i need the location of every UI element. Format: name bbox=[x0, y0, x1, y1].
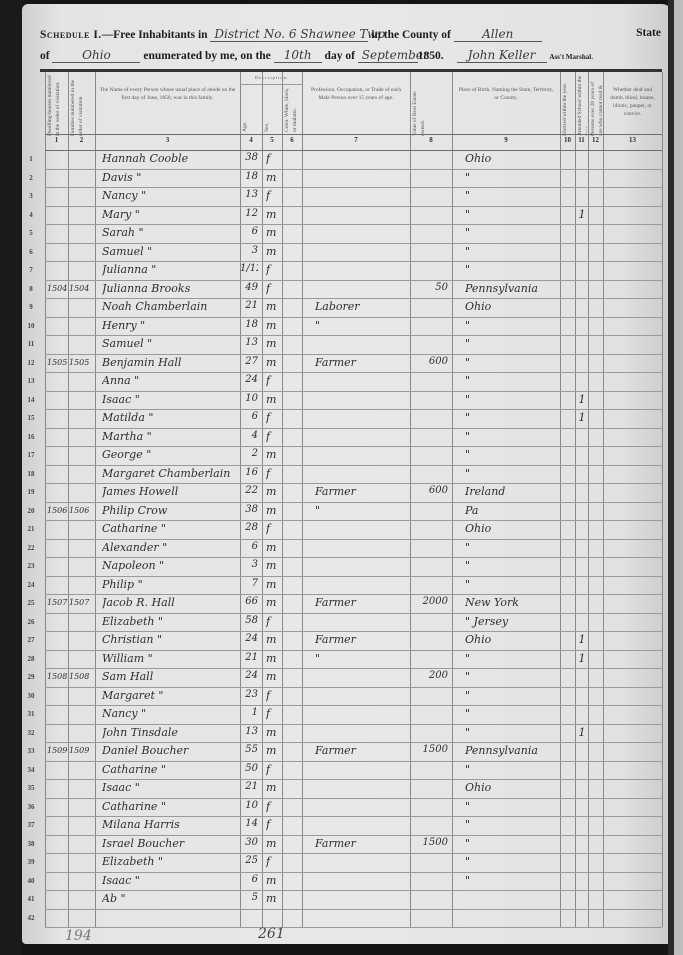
age-value: 2 bbox=[240, 448, 258, 459]
row-number: 23 bbox=[22, 562, 40, 570]
county-label: in the County of bbox=[371, 29, 451, 41]
table-row: 2915081508Sam Hall24m200" bbox=[40, 668, 662, 687]
family-number: 1509 bbox=[69, 746, 95, 755]
age-value: 21 bbox=[240, 300, 258, 311]
column-header-1: Dwelling-houses numbered in the order of… bbox=[46, 74, 67, 136]
table-row: 2015061506Philip Crow38m"Pa bbox=[40, 502, 662, 521]
age-value: 1/12 bbox=[240, 263, 258, 274]
occupation-value: Farmer bbox=[315, 744, 410, 757]
row-number: 2 bbox=[22, 174, 40, 182]
birthplace-value: " bbox=[465, 467, 560, 480]
birthplace-value: " bbox=[465, 430, 560, 443]
column-header-6: Color. White, black, or mulatto. bbox=[283, 86, 301, 132]
birthplace-value: " bbox=[465, 541, 560, 554]
age-value: 21 bbox=[240, 652, 258, 663]
sex-value: m bbox=[266, 541, 282, 554]
age-value: 16 bbox=[240, 467, 258, 478]
table-row: 14Isaac "10m"1 bbox=[40, 391, 662, 410]
row-number: 10 bbox=[22, 322, 40, 330]
row-number: 29 bbox=[22, 673, 40, 681]
age-value: 24 bbox=[240, 374, 258, 385]
family-number: 1504 bbox=[69, 284, 95, 293]
attended-school-mark: 1 bbox=[577, 208, 587, 221]
dwelling-number: 1508 bbox=[47, 672, 69, 681]
sex-value: m bbox=[266, 744, 282, 757]
birthplace-value: " bbox=[465, 652, 560, 665]
sex-value: m bbox=[266, 485, 282, 498]
birthplace-value: " bbox=[465, 837, 560, 850]
table-row: 7Julianna "1/12f" bbox=[40, 261, 662, 280]
age-value: 12 bbox=[240, 208, 258, 219]
sex-value: f bbox=[266, 763, 282, 776]
column-header-12: Persons over 20 years of age who cannot … bbox=[589, 74, 602, 136]
occupation-value: Laborer bbox=[315, 300, 410, 313]
sex-value: m bbox=[266, 781, 282, 794]
sex-value: m bbox=[266, 226, 282, 239]
row-number: 4 bbox=[22, 211, 40, 219]
person-name: Christian " bbox=[102, 633, 240, 646]
sex-value: m bbox=[266, 578, 282, 591]
person-name: Nancy " bbox=[102, 189, 240, 202]
column-header-5: Sex. bbox=[263, 86, 281, 132]
sex-value: f bbox=[266, 522, 282, 535]
age-value: 27 bbox=[240, 356, 258, 367]
sex-value: f bbox=[266, 615, 282, 628]
table-row: 13Anna "24f" bbox=[40, 372, 662, 391]
table-row: 6Samuel "3m" bbox=[40, 243, 662, 262]
birthplace-value: " bbox=[465, 670, 560, 683]
column-divider bbox=[662, 72, 663, 927]
sex-value: f bbox=[266, 374, 282, 387]
table-row: 815041504Julianna Brooks49f50Pennsylvani… bbox=[40, 280, 662, 299]
age-value: 1 bbox=[240, 707, 258, 718]
birthplace-value: Ohio bbox=[465, 152, 560, 165]
birthplace-value: " bbox=[465, 855, 560, 868]
person-name: Hannah Cooble bbox=[102, 152, 240, 165]
birthplace-value: " bbox=[465, 208, 560, 221]
sex-value: f bbox=[266, 282, 282, 295]
county-field: Allen bbox=[454, 27, 542, 42]
row-divider bbox=[45, 927, 662, 928]
row-number: 25 bbox=[22, 599, 40, 607]
sex-value: m bbox=[266, 892, 282, 905]
column-header-10: Married within the year. bbox=[561, 74, 574, 136]
sex-value: m bbox=[266, 300, 282, 313]
of-label: of bbox=[40, 50, 50, 62]
sex-value: f bbox=[266, 189, 282, 202]
table-row: 3Nancy "13f" bbox=[40, 187, 662, 206]
table-row: 11Samuel "13m" bbox=[40, 335, 662, 354]
occupation-value: " bbox=[315, 504, 410, 517]
birthplace-value: Pennsylvania bbox=[465, 282, 560, 295]
sex-value: m bbox=[266, 874, 282, 887]
table-row: 17George "2m" bbox=[40, 446, 662, 465]
person-name: James Howell bbox=[102, 485, 240, 498]
age-value: 23 bbox=[240, 689, 258, 700]
birthplace-value: " bbox=[465, 800, 560, 813]
row-number: 26 bbox=[22, 618, 40, 626]
row-number: 36 bbox=[22, 803, 40, 811]
row-number: 14 bbox=[22, 396, 40, 404]
age-value: 18 bbox=[240, 319, 258, 330]
birthplace-value: " bbox=[465, 263, 560, 276]
family-number: 1506 bbox=[69, 506, 95, 515]
person-name: Isaac " bbox=[102, 393, 240, 406]
adjacent-page-edge bbox=[668, 0, 683, 955]
row-number: 33 bbox=[22, 747, 40, 755]
column-number-13: 13 bbox=[603, 136, 662, 144]
sex-value: m bbox=[266, 448, 282, 461]
sex-value: f bbox=[266, 855, 282, 868]
person-name: William " bbox=[102, 652, 240, 665]
sex-value: m bbox=[266, 670, 282, 683]
sex-value: m bbox=[266, 596, 282, 609]
sex-value: m bbox=[266, 633, 282, 646]
table-row: 27Christian "24mFarmerOhio1 bbox=[40, 631, 662, 650]
table-row: 36Catharine "10f" bbox=[40, 798, 662, 817]
birthplace-value: " bbox=[465, 374, 560, 387]
age-value: 58 bbox=[240, 615, 258, 626]
sex-value: f bbox=[266, 411, 282, 424]
row-number: 9 bbox=[22, 303, 40, 311]
birthplace-value: " bbox=[465, 356, 560, 369]
age-value: 24 bbox=[240, 633, 258, 644]
table-row: 35Isaac "21mOhio bbox=[40, 779, 662, 798]
sex-value: f bbox=[266, 430, 282, 443]
person-name: Israel Boucher bbox=[102, 837, 240, 850]
birthplace-value: " bbox=[465, 337, 560, 350]
age-value: 5 bbox=[240, 892, 258, 903]
real-estate-value: 600 bbox=[410, 485, 448, 496]
row-number: 41 bbox=[22, 895, 40, 903]
row-number: 38 bbox=[22, 840, 40, 848]
family-number: 1508 bbox=[69, 672, 95, 681]
row-number: 24 bbox=[22, 581, 40, 589]
sex-value: f bbox=[266, 263, 282, 276]
birthplace-value: Ohio bbox=[465, 300, 560, 313]
row-number: 31 bbox=[22, 710, 40, 718]
row-number: 15 bbox=[22, 414, 40, 422]
birthplace-value: " bbox=[465, 707, 560, 720]
sex-value: m bbox=[266, 171, 282, 184]
occupation-value: " bbox=[315, 319, 410, 332]
age-value: 6 bbox=[240, 226, 258, 237]
birthplace-value: " bbox=[465, 411, 560, 424]
birthplace-value: Ohio bbox=[465, 781, 560, 794]
real-estate-value: 50 bbox=[410, 282, 448, 293]
person-name: Julianna " bbox=[102, 263, 240, 276]
row-number: 7 bbox=[22, 266, 40, 274]
person-name: Elizabeth " bbox=[102, 615, 240, 628]
person-name: John Tinsdale bbox=[102, 726, 240, 739]
column-header-8: Value of Real Estate owned. bbox=[411, 74, 451, 136]
person-name: Jacob R. Hall bbox=[102, 596, 240, 609]
column-number-3: 3 bbox=[95, 136, 240, 144]
sex-value: m bbox=[266, 652, 282, 665]
schedule-header-line-1: Schedule I.—Free Inhabitants in District… bbox=[40, 27, 665, 42]
age-value: 10 bbox=[240, 393, 258, 404]
age-value: 7 bbox=[240, 578, 258, 589]
birthplace-value: Ohio bbox=[465, 522, 560, 535]
birthplace-value: " bbox=[465, 189, 560, 202]
table-row: 24Philip "7m" bbox=[40, 576, 662, 595]
table-row: 3315091509Daniel Boucher55mFarmer1500Pen… bbox=[40, 742, 662, 761]
table-row: 19James Howell22mFarmer600Ireland bbox=[40, 483, 662, 502]
enumerated-label: enumerated by me, on the bbox=[143, 50, 270, 62]
family-number: 1505 bbox=[69, 358, 95, 367]
column-number-4: 4 bbox=[240, 136, 262, 144]
birthplace-value: Pa bbox=[465, 504, 560, 517]
real-estate-value: 600 bbox=[410, 356, 448, 367]
age-value: 10 bbox=[240, 800, 258, 811]
age-value: 13 bbox=[240, 337, 258, 348]
sex-value: m bbox=[266, 393, 282, 406]
sex-value: f bbox=[266, 152, 282, 165]
dwelling-number: 1504 bbox=[47, 284, 69, 293]
age-value: 14 bbox=[240, 818, 258, 829]
person-name: Margaret Chamberlain bbox=[102, 467, 240, 480]
age-value: 6 bbox=[240, 541, 258, 552]
sex-value: m bbox=[266, 559, 282, 572]
table-row: 32John Tinsdale13m"1 bbox=[40, 724, 662, 743]
birthplace-value: " bbox=[465, 689, 560, 702]
row-number: 42 bbox=[22, 914, 40, 922]
state-field: Ohio bbox=[52, 48, 140, 63]
row-number: 22 bbox=[22, 544, 40, 552]
row-number: 27 bbox=[22, 636, 40, 644]
row-number: 6 bbox=[22, 248, 40, 256]
person-name: Elizabeth " bbox=[102, 855, 240, 868]
row-number: 40 bbox=[22, 877, 40, 885]
age-value: 6 bbox=[240, 874, 258, 885]
age-value: 38 bbox=[240, 152, 258, 163]
occupation-value: Farmer bbox=[315, 485, 410, 498]
table-row: 4Mary "12m"1 bbox=[40, 206, 662, 225]
row-number: 20 bbox=[22, 507, 40, 515]
marshal-signature: John Keller bbox=[457, 48, 547, 63]
age-value: 38 bbox=[240, 504, 258, 515]
person-name: Benjamin Hall bbox=[102, 356, 240, 369]
person-name: Matilda " bbox=[102, 411, 240, 424]
age-value: 13 bbox=[240, 726, 258, 737]
dwelling-number: 1505 bbox=[47, 358, 69, 367]
person-name: Catharine " bbox=[102, 522, 240, 535]
row-number: 30 bbox=[22, 692, 40, 700]
birthplace-value: " bbox=[465, 559, 560, 572]
attended-school-mark: 1 bbox=[577, 652, 587, 665]
birthplace-value: " bbox=[465, 818, 560, 831]
birthplace-value: " bbox=[465, 726, 560, 739]
birthplace-value: Ohio bbox=[465, 633, 560, 646]
attended-school-mark: 1 bbox=[577, 393, 587, 406]
person-name: Martha " bbox=[102, 430, 240, 443]
day-field: 10th bbox=[274, 48, 322, 63]
table-row: 39Elizabeth "25f" bbox=[40, 853, 662, 872]
attended-school-mark: 1 bbox=[577, 726, 587, 739]
row-number: 32 bbox=[22, 729, 40, 737]
table-row: 18Margaret Chamberlain16f" bbox=[40, 465, 662, 484]
table-row: 37Milana Harris14f" bbox=[40, 816, 662, 835]
sex-value: m bbox=[266, 504, 282, 517]
column-number-6: 6 bbox=[282, 136, 302, 144]
person-name: Isaac " bbox=[102, 781, 240, 794]
person-name: Isaac " bbox=[102, 874, 240, 887]
description-group-label: Description. bbox=[242, 74, 302, 84]
table-row: 31Nancy "1f" bbox=[40, 705, 662, 724]
row-number: 1 bbox=[22, 155, 40, 163]
table-row: 15Matilda "6f"1 bbox=[40, 409, 662, 428]
schedule-header-line-2: of Ohio enumerated by me, on the 10th da… bbox=[40, 48, 665, 63]
sex-value: m bbox=[266, 837, 282, 850]
person-name: Noah Chamberlain bbox=[102, 300, 240, 313]
birthplace-value: " bbox=[465, 319, 560, 332]
column-number-1: 1 bbox=[45, 136, 68, 144]
age-value: 24 bbox=[240, 670, 258, 681]
column-number-2: 2 bbox=[68, 136, 95, 144]
column-number-10: 10 bbox=[560, 136, 575, 144]
title-prefix: —Free Inhabitants in bbox=[102, 29, 208, 41]
occupation-value: Farmer bbox=[315, 633, 410, 646]
age-value: 25 bbox=[240, 855, 258, 866]
column-number-8: 8 bbox=[410, 136, 452, 144]
sex-value: f bbox=[266, 689, 282, 702]
birthplace-value: " bbox=[465, 226, 560, 239]
person-name: Samuel " bbox=[102, 337, 240, 350]
age-value: 13 bbox=[240, 189, 258, 200]
age-value: 30 bbox=[240, 837, 258, 848]
scan-left-edge bbox=[0, 0, 22, 955]
census-table: Description. Dwelling-houses numbered in… bbox=[40, 72, 662, 927]
row-number: 12 bbox=[22, 359, 40, 367]
age-value: 22 bbox=[240, 485, 258, 496]
person-name: George " bbox=[102, 448, 240, 461]
table-row: 5Sarah "6m" bbox=[40, 224, 662, 243]
sex-value: f bbox=[266, 707, 282, 720]
person-name: Catharine " bbox=[102, 800, 240, 813]
person-name: Margaret " bbox=[102, 689, 240, 702]
real-estate-value: 1500 bbox=[410, 837, 448, 848]
table-row: 16Martha "4f" bbox=[40, 428, 662, 447]
marshal-label: Ass't Marshal. bbox=[549, 53, 593, 61]
person-name: Mary " bbox=[102, 208, 240, 221]
table-row: 26Elizabeth "58f" Jersey bbox=[40, 613, 662, 632]
column-header-11: Attended School within the year. bbox=[576, 74, 587, 136]
column-number-12: 12 bbox=[588, 136, 603, 144]
state-label: State bbox=[636, 27, 661, 39]
occupation-value: Farmer bbox=[315, 837, 410, 850]
birthplace-value: " bbox=[465, 763, 560, 776]
table-row: 22Alexander "6m" bbox=[40, 539, 662, 558]
sex-value: f bbox=[266, 467, 282, 480]
column-number-11: 11 bbox=[575, 136, 588, 144]
age-value: 28 bbox=[240, 522, 258, 533]
birthplace-value: " bbox=[465, 393, 560, 406]
column-header-4: Age. bbox=[241, 86, 261, 132]
table-row: 38Israel Boucher30mFarmer1500" bbox=[40, 835, 662, 854]
row-number: 5 bbox=[22, 229, 40, 237]
sex-value: m bbox=[266, 319, 282, 332]
person-name: Catharine " bbox=[102, 763, 240, 776]
sex-value: f bbox=[266, 800, 282, 813]
birthplace-value: " bbox=[465, 448, 560, 461]
attended-school-mark: 1 bbox=[577, 411, 587, 424]
page-tally-center: 261 bbox=[258, 926, 285, 942]
age-value: 4 bbox=[240, 430, 258, 441]
person-name: Sam Hall bbox=[102, 670, 240, 683]
age-value: 18 bbox=[240, 171, 258, 182]
table-row: 34Catharine "50f" bbox=[40, 761, 662, 780]
row-number: 34 bbox=[22, 766, 40, 774]
person-name: Anna " bbox=[102, 374, 240, 387]
column-number-5: 5 bbox=[262, 136, 282, 144]
person-name: Philip Crow bbox=[102, 504, 240, 517]
row-number: 13 bbox=[22, 377, 40, 385]
birthplace-value: Pennsylvania bbox=[465, 744, 560, 757]
row-number: 39 bbox=[22, 858, 40, 866]
person-name: Daniel Boucher bbox=[102, 744, 240, 757]
person-name: Milana Harris bbox=[102, 818, 240, 831]
birthplace-value: " bbox=[465, 578, 560, 591]
column-header-2: Families numbered in the order of visita… bbox=[69, 74, 94, 136]
table-row: 2515071507Jacob R. Hall66mFarmer2000New … bbox=[40, 594, 662, 613]
person-name: Ab " bbox=[102, 892, 240, 905]
age-value: 6 bbox=[240, 411, 258, 422]
table-row: 9Noah Chamberlain21mLaborerOhio bbox=[40, 298, 662, 317]
page-tally-left: 194 bbox=[65, 928, 92, 944]
birthplace-value: New York bbox=[465, 596, 560, 609]
age-value: 3 bbox=[240, 559, 258, 570]
person-name: Nancy " bbox=[102, 707, 240, 720]
sex-value: m bbox=[266, 208, 282, 221]
table-row: 1Hannah Cooble38fOhio bbox=[40, 150, 662, 169]
person-name: Philip " bbox=[102, 578, 240, 591]
person-name: Sarah " bbox=[102, 226, 240, 239]
description-subrule bbox=[240, 84, 302, 85]
column-number-9: 9 bbox=[452, 136, 560, 144]
table-row: 21Catharine "28fOhio bbox=[40, 520, 662, 539]
attended-school-mark: 1 bbox=[577, 633, 587, 646]
real-estate-value: 200 bbox=[410, 670, 448, 681]
dwelling-number: 1507 bbox=[47, 598, 69, 607]
table-row: 2Davis "18m" bbox=[40, 169, 662, 188]
table-row: 28William "21m""1 bbox=[40, 650, 662, 669]
row-number: 3 bbox=[22, 192, 40, 200]
person-name: Napoleon " bbox=[102, 559, 240, 572]
table-row: 10Henry "18m"" bbox=[40, 317, 662, 336]
column-number-7: 7 bbox=[302, 136, 410, 144]
age-value: 3 bbox=[240, 245, 258, 256]
age-value: 50 bbox=[240, 763, 258, 774]
sex-value: m bbox=[266, 356, 282, 369]
row-number: 35 bbox=[22, 784, 40, 792]
dwelling-number: 1506 bbox=[47, 506, 69, 515]
row-number: 37 bbox=[22, 821, 40, 829]
sex-value: m bbox=[266, 337, 282, 350]
table-row: 30Margaret "23f" bbox=[40, 687, 662, 706]
person-name: Samuel " bbox=[102, 245, 240, 258]
age-value: 66 bbox=[240, 596, 258, 607]
person-name: Henry " bbox=[102, 319, 240, 332]
sex-value: m bbox=[266, 726, 282, 739]
row-number: 21 bbox=[22, 525, 40, 533]
row-number: 11 bbox=[22, 340, 40, 348]
person-name: Alexander " bbox=[102, 541, 240, 554]
family-number: 1507 bbox=[69, 598, 95, 607]
row-number: 28 bbox=[22, 655, 40, 663]
sex-value: m bbox=[266, 245, 282, 258]
birthplace-value: " bbox=[465, 245, 560, 258]
birthplace-value: " bbox=[465, 874, 560, 887]
